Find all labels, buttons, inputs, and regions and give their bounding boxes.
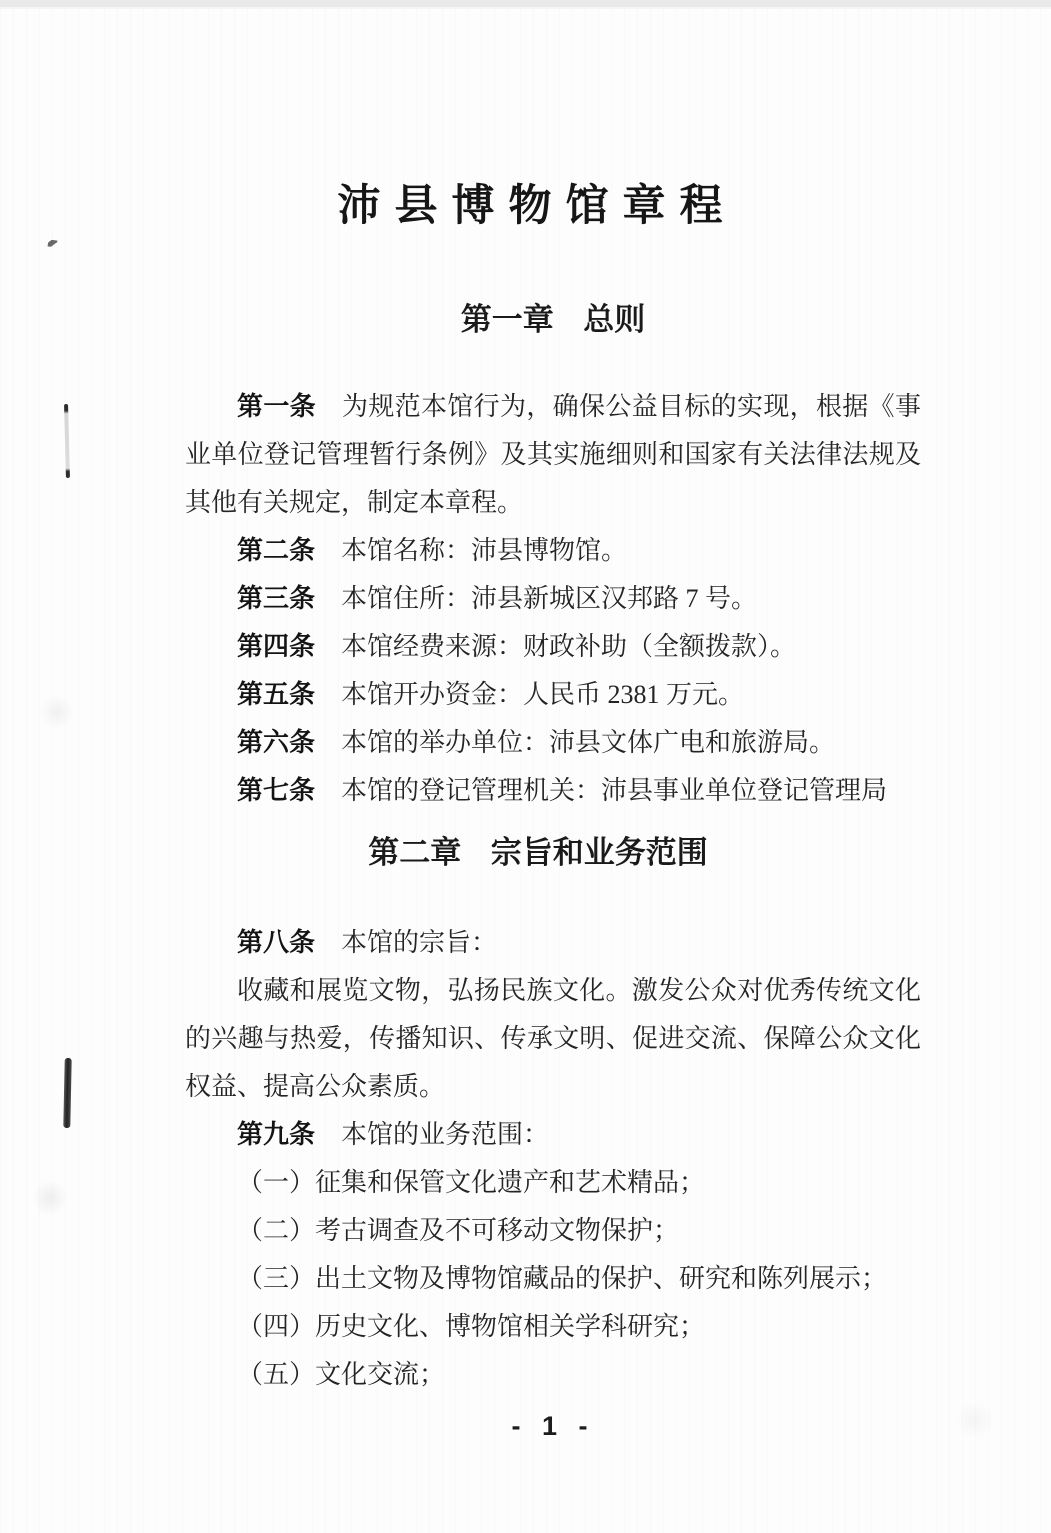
article-label: 第三条 [237,584,315,613]
page-number: - 1 - [185,1411,921,1442]
scan-bracket-artifact-upper [64,404,70,478]
article-text: 收藏和展览文物，弘扬民族文化。激发公众对优秀传统文化的兴趣与热爱，传播知识、传承… [185,976,921,1101]
chapter-2-articles: 第八条本馆的宗旨： 收藏和展览文物，弘扬民族文化。激发公众对优秀传统文化的兴趣与… [185,919,921,1399]
article-paragraph: 第四条本馆经费来源：财政补助（全额拨款）。 [185,623,921,671]
scan-smudge-artifact [40,695,74,729]
article-text: （三）出土文物及博物馆藏品的保护、研究和陈列展示； [237,1264,887,1293]
article-label: 第六条 [237,728,315,757]
article-label: 第七条 [237,776,315,805]
scan-smudge-artifact [32,1180,68,1216]
article-text: 本馆的举办单位：沛县文体广电和旅游局。 [341,728,835,757]
article-text: （四）历史文化、博物馆相关学科研究； [237,1312,705,1341]
chapter-2-number: 第二章 [368,835,461,870]
chapter-1-heading: 第一章总则 [185,302,921,338]
article-text: 本馆住所：沛县新城区汉邦路 7 号。 [341,584,757,613]
article-text: （一）征集和保管文化遗产和艺术精品； [237,1168,705,1197]
document-content: 沛县博物馆章程 第一章总则 第一条为规范本馆行为，确保公益目标的实现，根据《事业… [185,0,921,1442]
article-text: 本馆开办资金：人民币 2381 万元。 [341,680,744,709]
article-text: （二）考古调查及不可移动文物保护； [237,1216,679,1245]
chapter-1-number: 第一章 [461,302,554,337]
article-paragraph: 第一条为规范本馆行为，确保公益目标的实现，根据《事业单位登记管理暂行条例》及其实… [185,383,921,527]
scan-speck-artifact [48,239,58,247]
scan-smudge-artifact [955,1400,995,1440]
article-label: 第四条 [237,632,315,661]
article-paragraph: 收藏和展览文物，弘扬民族文化。激发公众对优秀传统文化的兴趣与热爱，传播知识、传承… [185,967,921,1111]
article-text: 本馆的宗旨： [341,928,497,957]
article-text: 本馆的登记管理机关：沛县事业单位登记管理局 [341,776,887,805]
list-item-paragraph: （五）文化交流； [185,1351,921,1399]
article-paragraph: 第六条本馆的举办单位：沛县文体广电和旅游局。 [185,719,921,767]
article-paragraph: 第五条本馆开办资金：人民币 2381 万元。 [185,671,921,719]
article-label: 第九条 [237,1120,315,1149]
article-text: （五）文化交流； [237,1360,445,1389]
article-text: 本馆的业务范围： [341,1120,549,1149]
article-paragraph: 第九条本馆的业务范围： [185,1111,921,1159]
document-title: 沛县博物馆章程 [169,184,905,230]
article-text: 本馆经费来源：财政补助（全额拨款）。 [341,632,796,661]
article-label: 第五条 [237,680,315,709]
list-item-paragraph: （一）征集和保管文化遗产和艺术精品； [185,1159,921,1207]
chapter-2-heading: 第二章宗旨和业务范围 [170,835,906,871]
article-label: 第二条 [237,536,315,565]
article-paragraph: 第二条本馆名称：沛县博物馆。 [185,527,921,575]
chapter-1-articles: 第一条为规范本馆行为，确保公益目标的实现，根据《事业单位登记管理暂行条例》及其实… [185,383,921,815]
chapter-2-title: 宗旨和业务范围 [491,835,708,870]
scan-bar-artifact-lower [63,1058,71,1128]
list-item-paragraph: （三）出土文物及博物馆藏品的保护、研究和陈列展示； [185,1255,921,1303]
chapter-1-title: 总则 [583,302,645,337]
article-paragraph: 第七条本馆的登记管理机关：沛县事业单位登记管理局 [185,767,921,815]
article-label: 第一条 [237,392,316,421]
article-paragraph: 第三条本馆住所：沛县新城区汉邦路 7 号。 [185,575,921,623]
article-text: 本馆名称：沛县博物馆。 [341,536,627,565]
scanned-document-page: { "document": { "title": "沛县博物馆章程", "pag… [0,0,1051,1533]
list-item-paragraph: （二）考古调查及不可移动文物保护； [185,1207,921,1255]
article-paragraph: 第八条本馆的宗旨： [185,919,921,967]
list-item-paragraph: （四）历史文化、博物馆相关学科研究； [185,1303,921,1351]
article-label: 第八条 [237,928,315,957]
